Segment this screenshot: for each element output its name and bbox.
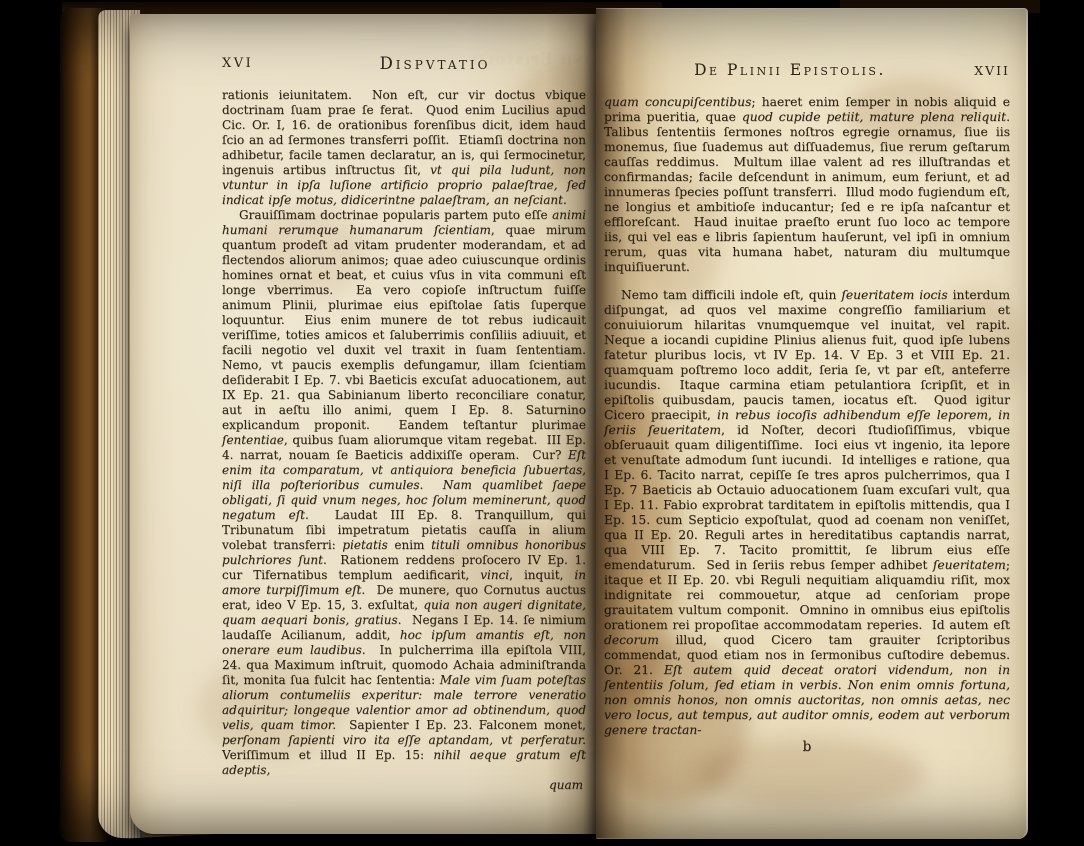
page-number-right: XVII <box>974 63 1010 78</box>
paragraph: rationis ieiunitatem. Non eſt, cur vir d… <box>222 88 586 208</box>
running-title-left: Dispvtatio <box>252 54 618 73</box>
book-photo: De Plinii Epistolis XVI Dispvtatio ratio… <box>0 0 1084 846</box>
running-header-right: De Plinii Epistolis. XVII <box>604 61 1012 81</box>
left-text-column: rationis ieiunitatem. Non eſt, cur vir d… <box>222 88 586 793</box>
running-title-right: De Plinii Epistolis. <box>604 61 976 79</box>
signature-mark: b <box>604 740 1010 755</box>
left-page: De Plinii Epistolis XVI Dispvtatio ratio… <box>130 14 596 834</box>
left-paragraphs: rationis ieiunitatem. Non eſt, cur vir d… <box>222 88 586 778</box>
paragraph: Grauiſſimam doctrinae popularis partem p… <box>222 208 586 778</box>
right-paragraphs: quam concupiſcentibus; haeret enim ſempe… <box>604 95 1010 738</box>
right-page: De Plinii Epistolis. XVII quam concupiſc… <box>596 8 1028 839</box>
paragraph: quam concupiſcentibus; haeret enim ſempe… <box>604 95 1010 275</box>
catchword: quam <box>222 778 586 793</box>
paragraph: Nemo tam difficili indole eſt, quin ſeue… <box>604 288 1010 738</box>
page-number-left: XVI <box>222 56 253 71</box>
running-header-left: XVI Dispvtatio <box>222 54 584 74</box>
right-text-column: quam concupiſcentibus; haeret enim ſempe… <box>604 95 1010 755</box>
